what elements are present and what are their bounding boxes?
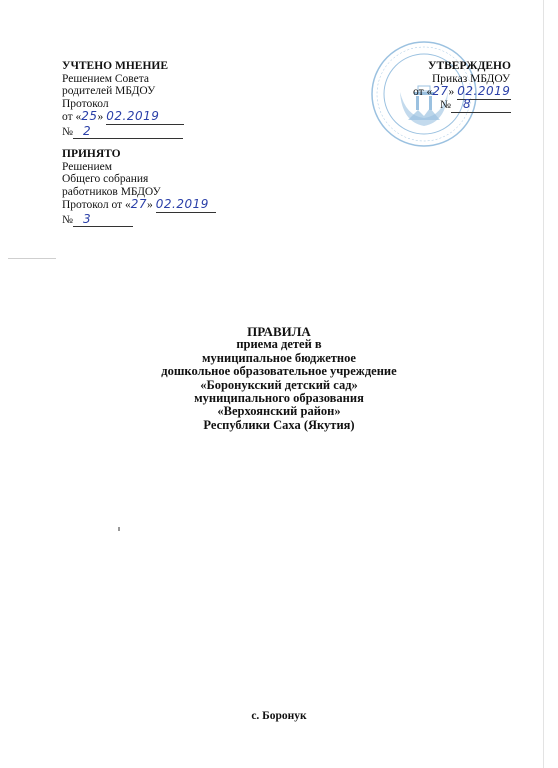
place-name: с. Боронук bbox=[0, 710, 558, 722]
document-page: УЧТЕНО МНЕНИЕ Решением Совета родителей … bbox=[0, 0, 558, 768]
handwritten-date: 02.2019 bbox=[457, 84, 510, 98]
approved-number: №8 bbox=[440, 98, 511, 113]
approved-heading: УТВЕРЖДЕНО bbox=[428, 60, 548, 73]
handwritten-date: 02.2019 bbox=[106, 109, 159, 123]
considered-date: от «25»02.2019 bbox=[62, 110, 184, 125]
approved-block: УТВЕРЖДЕНО Приказ МБДОУ bbox=[428, 60, 548, 85]
handwritten-day: 27 bbox=[131, 197, 147, 211]
accepted-number: №3 bbox=[62, 213, 216, 228]
accepted-block: ПРИНЯТО Решением Общего собрания работни… bbox=[62, 148, 216, 227]
handwritten-date: 02.2019 bbox=[156, 197, 209, 211]
accepted-heading: ПРИНЯТО bbox=[62, 148, 216, 161]
considered-block: УЧТЕНО МНЕНИЕ Решением Совета родителей … bbox=[62, 60, 184, 139]
scan-speck bbox=[118, 527, 120, 531]
handwritten-number: 3 bbox=[83, 212, 91, 226]
title-line: «Боронукский детский сад» bbox=[0, 379, 558, 392]
handwritten-number: 2 bbox=[83, 124, 91, 138]
accepted-date: Протокол от «27»02.2019 bbox=[62, 198, 216, 213]
accepted-line: Решением bbox=[62, 161, 216, 174]
handwritten-number: 8 bbox=[463, 97, 471, 111]
document-title: ПРАВИЛА приема детей в муниципальное бюд… bbox=[0, 325, 558, 432]
handwritten-day: 27 bbox=[432, 84, 448, 98]
title-line: муниципального образования bbox=[0, 392, 558, 405]
accepted-line: Общего собрания bbox=[62, 173, 216, 186]
considered-number: №2 bbox=[62, 125, 184, 140]
title-line: приема детей в bbox=[0, 338, 558, 351]
considered-heading: УЧТЕНО МНЕНИЕ bbox=[62, 60, 184, 73]
title-line: «Верхоянский район» bbox=[0, 405, 558, 418]
title-main: ПРАВИЛА bbox=[0, 325, 558, 338]
title-line: дошкольное образовательное учреждение bbox=[0, 365, 558, 378]
scan-artifact-line bbox=[8, 258, 56, 259]
title-line: Республики Саха (Якутия) bbox=[0, 419, 558, 432]
title-line: муниципальное бюджетное bbox=[0, 352, 558, 365]
considered-line: родителей МБДОУ bbox=[62, 85, 184, 98]
considered-line: Решением Совета bbox=[62, 73, 184, 86]
handwritten-day: 25 bbox=[81, 109, 97, 123]
